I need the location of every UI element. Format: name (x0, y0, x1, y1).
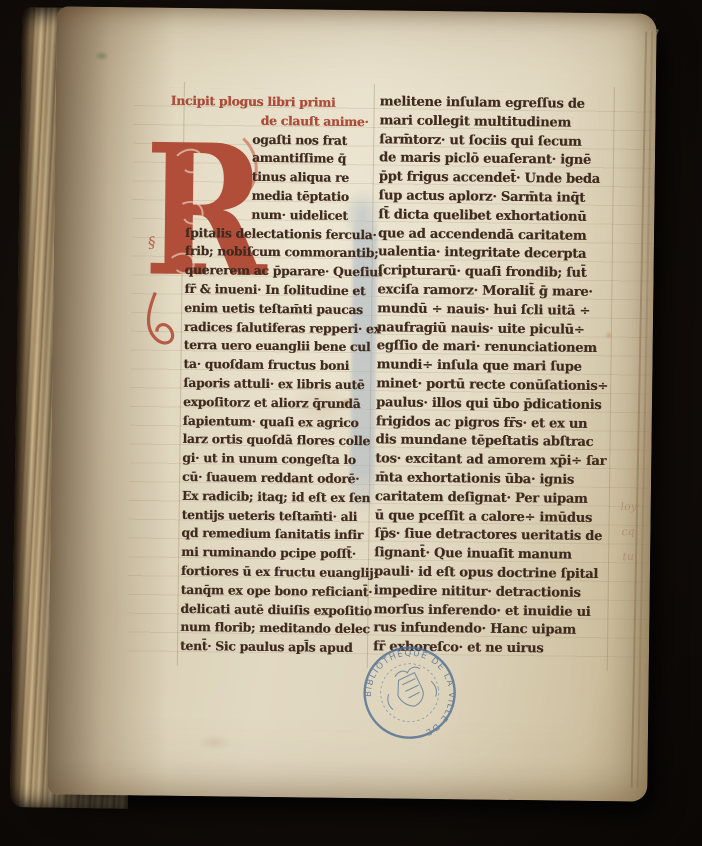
text-line: amantiſſime q̄ (252, 149, 370, 169)
left-column-body: ſpitalis delectationis fercula·frib; nob… (180, 224, 369, 659)
manuscript-photo: 7 R (0, 0, 702, 846)
stamp-arc-text: BIBLIOTHEQUE DE LA VILLE DE (357, 642, 462, 747)
rubric-line: de clauſt anime· (186, 111, 370, 132)
text-line: ſup actus aplorz· Sarm̄ta inq̄t (378, 187, 610, 209)
text-line: expoſitorz et aliorz q̄rundā (183, 393, 367, 414)
right-text-column: melitene inſulam egreſſus demari collegi… (373, 93, 612, 660)
text-line: Ex radicib; itaq; id eſt ex ſen (182, 487, 366, 508)
text-line: terra uero euanglii bene cul (184, 336, 368, 357)
text-line: num florib; meditando delec (180, 618, 364, 639)
library-stamp: BIBLIOTHEQUE DE LA VILLE DE (347, 631, 473, 753)
text-line: ogaſti nos frat (252, 130, 370, 150)
text-line: caritatem deſignat· Per uipam (375, 488, 607, 510)
page: R § Incipit plogus libri primi de clauſt… (47, 6, 657, 801)
text-line: mi ruminando pcipe poſſt̄· (181, 543, 365, 564)
text-line: mundū ÷ nauis· hui ſcli uitā ÷ (377, 300, 609, 322)
text-line: ſpitalis delectationis fercula· (185, 224, 369, 245)
text-line: fr̄ & inueni· In ſolitudine et (184, 280, 368, 301)
text-line: gi· ut in unum congeſta lo (182, 449, 366, 470)
text-line: m̄ta exhortationis ūba· ignis (375, 469, 607, 491)
text-line: enim uetis teſtam̄ti paucas (184, 299, 368, 320)
text-line: larz ortis quoſdā flores colle (182, 430, 366, 451)
text-line: cq· (621, 518, 657, 545)
text-line: delicati autē diuiſis expoſitio (180, 599, 364, 620)
text-line: pauli· id eſt opus doctrine ſpital (374, 563, 606, 585)
text-line: ſt̄ dicta quelibet exhortationū (378, 206, 610, 228)
text-line: loy· (620, 493, 657, 520)
parchment-page: R § Incipit plogus libri primi de clauſt… (47, 6, 657, 801)
text-line: melitene inſulam egreſſus de (380, 93, 612, 115)
text-line: ſapientum· quaſi ex agrico (183, 411, 367, 432)
text-line: minet· portū recte conūſationis÷ (376, 375, 608, 397)
text-line: cū· ſuauem reddant odorē· (182, 468, 366, 489)
text-line: num· uidelicet (251, 206, 369, 226)
stamp-coat-of-arms (383, 664, 438, 710)
text-line: qd remedium ſanitatis infir (181, 524, 365, 545)
text-line: impedire nititur· detractionis (374, 582, 606, 604)
rubric: Incipit plogus libri primi de clauſt ani… (186, 92, 370, 132)
text-line: fortiores ū ex fructu euanglij· (181, 562, 365, 583)
text-line: tentijs ueteris teſtam̄ti· ali (182, 505, 366, 526)
text-line: tanq̄m ex ope bono reficiant̄· (181, 581, 365, 602)
text-line: mari collegit multitudinem (379, 112, 611, 134)
text-beside-initial: ogaſti nos fratamantiſſime q̄tinus aliqu… (251, 130, 370, 225)
text-line: tu· (622, 543, 657, 570)
stain (94, 51, 109, 61)
text-line: exciſa ramorz· Moralit̄ ḡ mare· (377, 281, 609, 303)
text-line: tinus aliqua re (252, 168, 370, 188)
text-line: frib; nobiſcum commorantib; (185, 242, 369, 263)
text-line: media tēptatio (251, 187, 369, 207)
marginal-inscription: loy·cq·tu· (620, 493, 657, 570)
text-line: ſaporis attuli· ex libris autē (183, 374, 367, 395)
rubric-line: Incipit plogus libri primi (171, 92, 371, 113)
text-line: tent̄· Sic paulus apl̄s apud (180, 637, 364, 658)
text-line: paulus· illos qui ūbo p̄dicationis (376, 394, 608, 416)
text-line: quererem ac p̄parare· Queſiui (185, 261, 369, 282)
stain (198, 734, 232, 750)
text-line: ta· quoſdam fructus boni (183, 355, 367, 376)
margin-paraph-mark: § (147, 233, 157, 252)
text-line: radices ſalutiferas repperi· ex (184, 318, 368, 339)
left-text-column: Incipit plogus libri primi de clauſt ani… (180, 92, 371, 658)
